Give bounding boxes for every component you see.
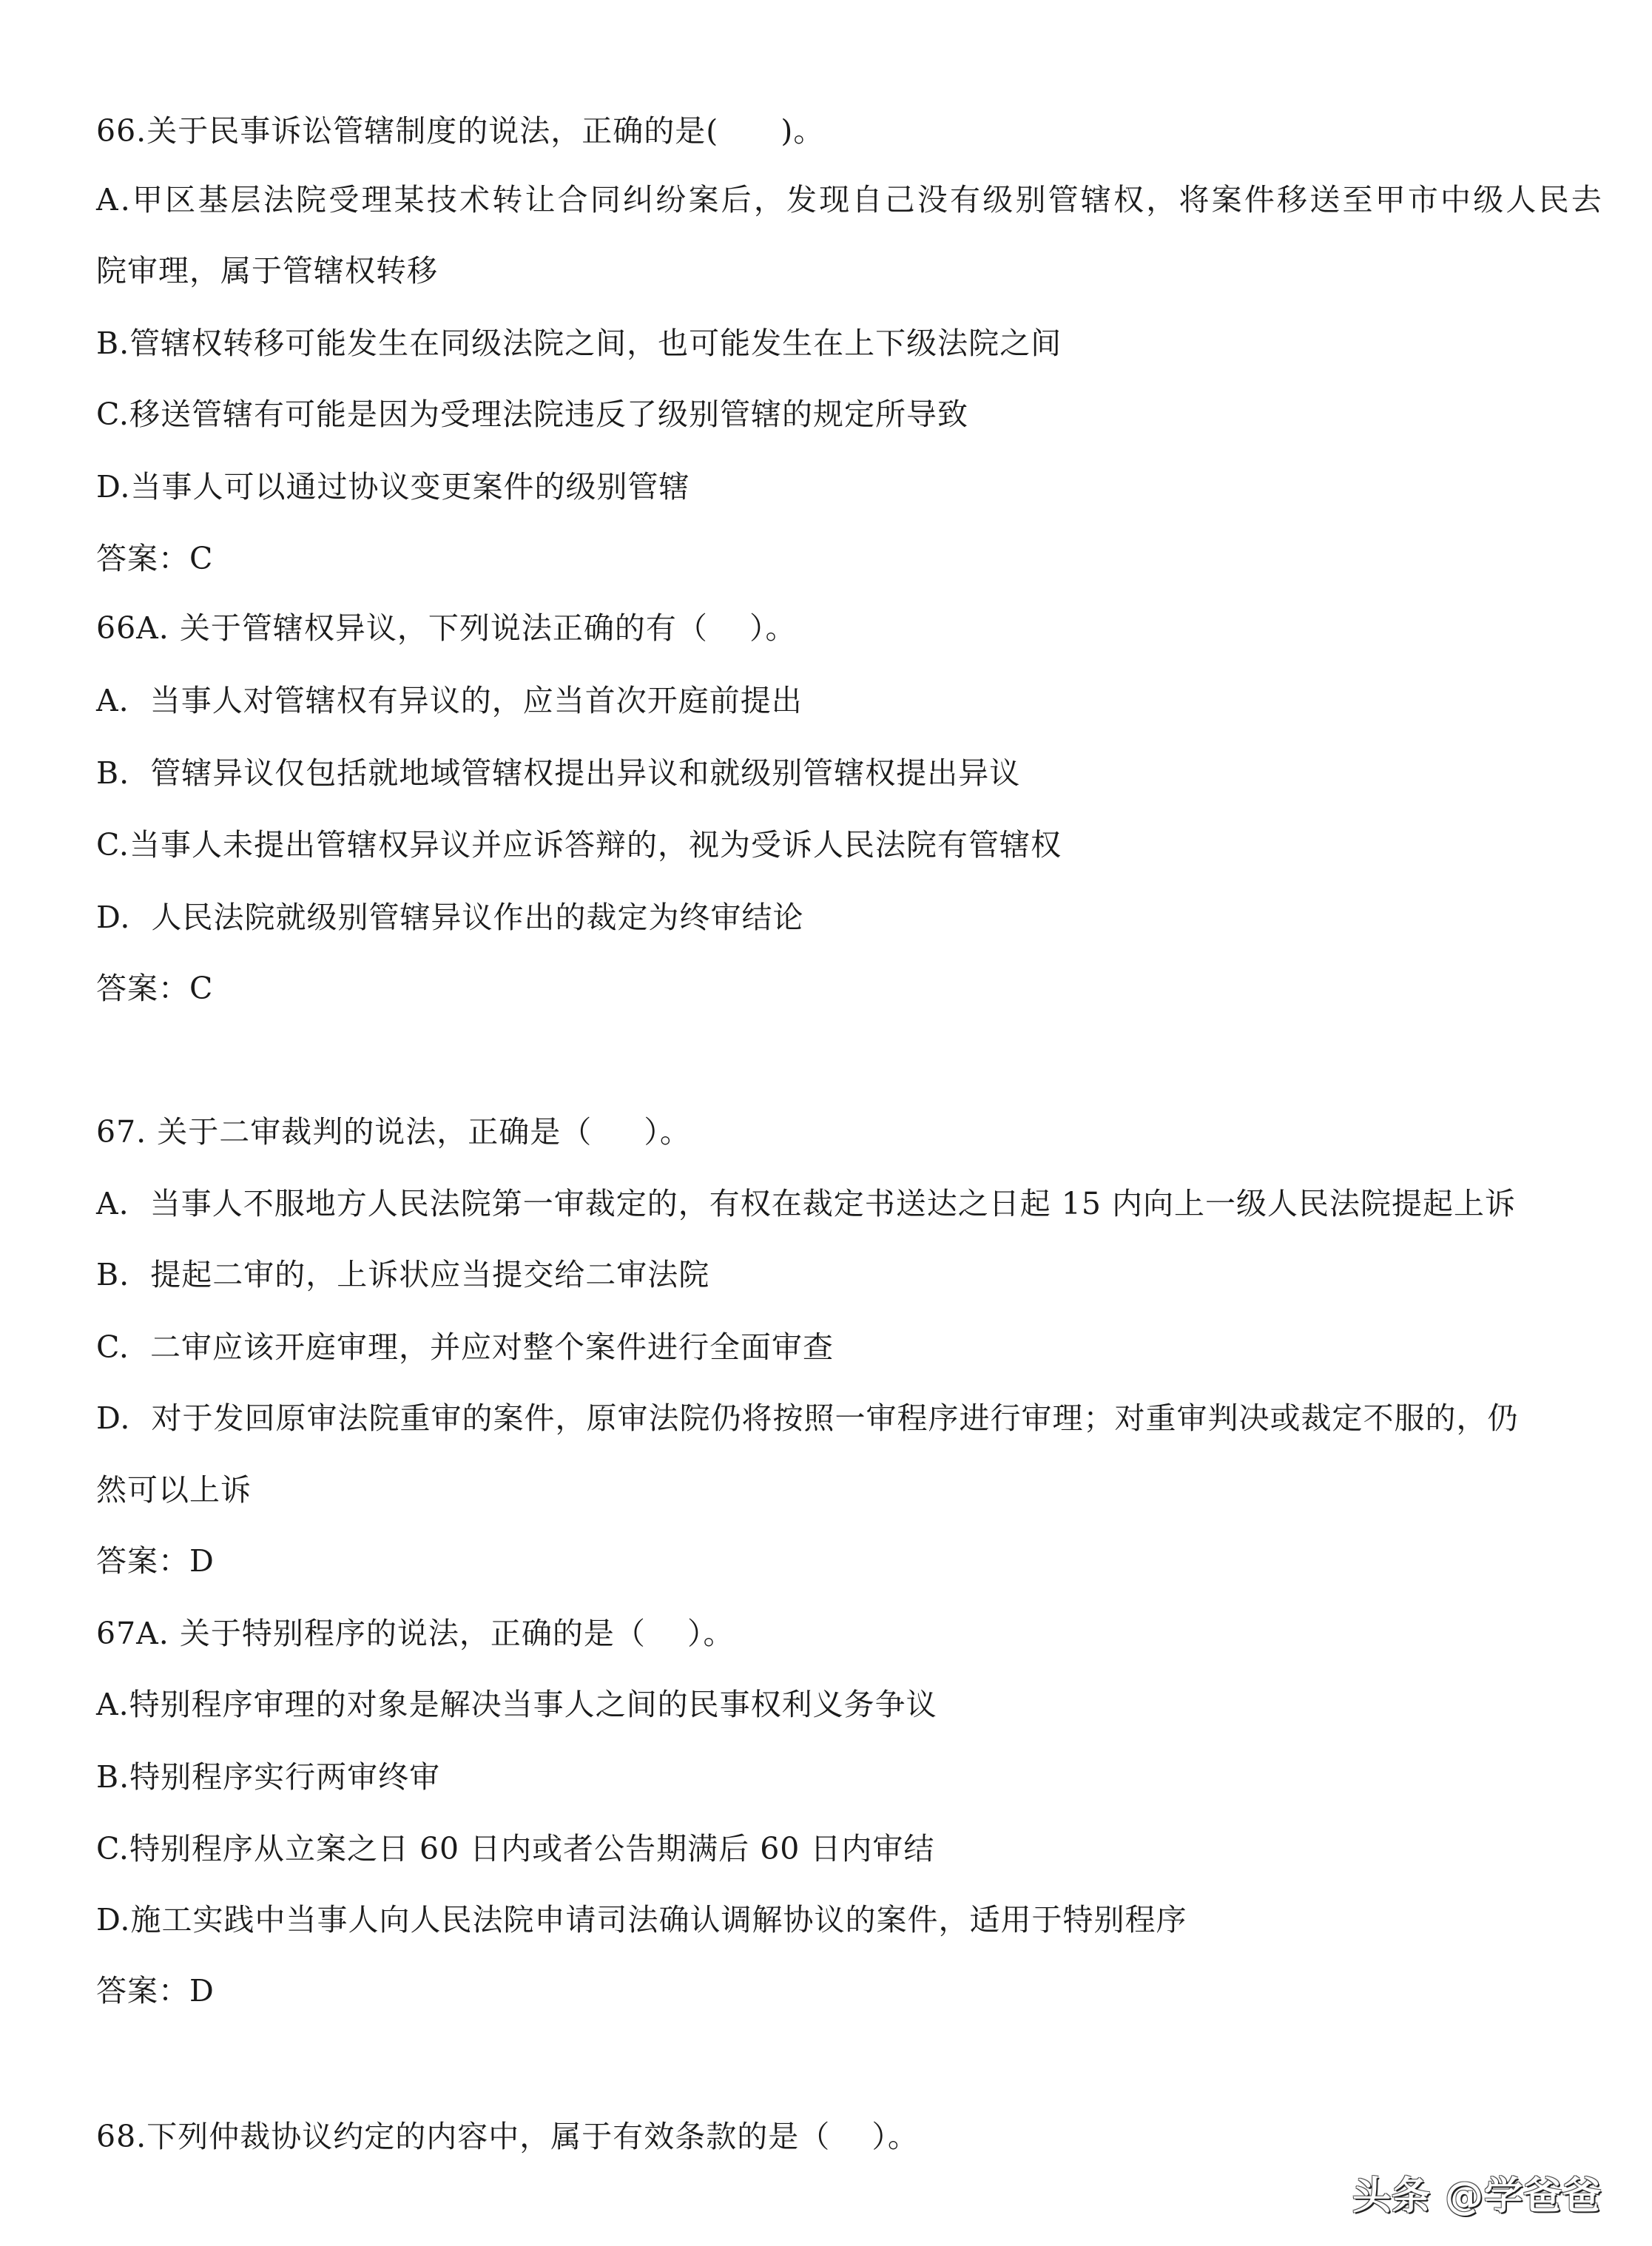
question-68-stem: 68.下列仲裁协议约定的内容中，属于有效条款的是（ ）。 <box>96 2117 919 2156</box>
question-67-option-b: B. 提起二审的，上诉状应当提交给二审法院 <box>96 1255 709 1294</box>
question-66-option-b: B.管辖权转移可能发生在同级法院之间，也可能发生在上下级法院之间 <box>96 324 1062 362</box>
question-66-stem: 66.关于民事诉讼管辖制度的说法，正确的是( )。 <box>96 112 824 150</box>
question-66-answer: 答案：C <box>96 539 213 578</box>
question-67-stem: 67. 关于二审裁判的说法，正确是（ ）。 <box>96 1113 691 1151</box>
question-67a-answer: 答案：D <box>96 1972 215 2010</box>
question-67-option-c: C. 二审应该开庭审理，并应对整个案件进行全面审查 <box>96 1328 834 1366</box>
watermark: 头条 @学爸爸 <box>1352 2165 1602 2220</box>
question-67a-option-d: D.施工实践中当事人向人民法院申请司法确认调解协议的案件，适用于特别程序 <box>96 1901 1187 1939</box>
question-67a-stem: 67A. 关于特别程序的说法，正确的是（ ）。 <box>96 1614 734 1653</box>
question-66a-option-b: B. 管辖异议仅包括就地域管辖权提出异议和就级别管辖权提出异议 <box>96 754 1020 792</box>
question-67-answer: 答案：D <box>96 1542 215 1580</box>
question-67-option-a: A. 当事人不服地方人民法院第一审裁定的，有权在裁定书送达之日起 15 内向上一… <box>96 1184 1516 1223</box>
question-66a-option-a: A. 当事人对管辖权有异议的，应当首次开庭前提出 <box>96 681 803 720</box>
question-66a-answer: 答案：C <box>96 969 213 1008</box>
question-66a-option-c: C.当事人未提出管辖权异议并应诉答辩的，视为受诉人民法院有管辖权 <box>96 826 1062 864</box>
question-67a-option-c: C.特别程序从立案之日 60 日内或者公告期满后 60 日内审结 <box>96 1829 934 1868</box>
question-67a-option-b: B.特别程序实行两审终审 <box>96 1758 440 1796</box>
question-66-option-a: A.甲区基层法院受理某技术转让合同纠纷案后，发现自己没有级别管辖权，将案件移送至… <box>96 181 1604 219</box>
question-66-option-c: C.移送管辖有可能是因为受理法院违反了级别管辖的规定所导致 <box>96 395 968 434</box>
question-67-option-d-continued: 然可以上诉 <box>96 1471 252 1509</box>
question-66-option-a-continued: 院审理，属于管辖权转移 <box>96 252 438 290</box>
question-66a-option-d: D. 人民法院就级别管辖异议作出的裁定为终审结论 <box>96 898 804 937</box>
question-66a-stem: 66A. 关于管辖权异议，下列说法正确的有（ ）。 <box>96 609 796 647</box>
question-66-option-d: D.当事人可以通过协议变更案件的级别管辖 <box>96 468 690 506</box>
question-67a-option-a: A.特别程序审理的对象是解决当事人之间的民事权利义务争议 <box>96 1685 937 1724</box>
question-67-option-d: D. 对于发回原审法院重审的案件，原审法院仍将按照一审程序进行审理；对重审判决或… <box>96 1399 1519 1437</box>
